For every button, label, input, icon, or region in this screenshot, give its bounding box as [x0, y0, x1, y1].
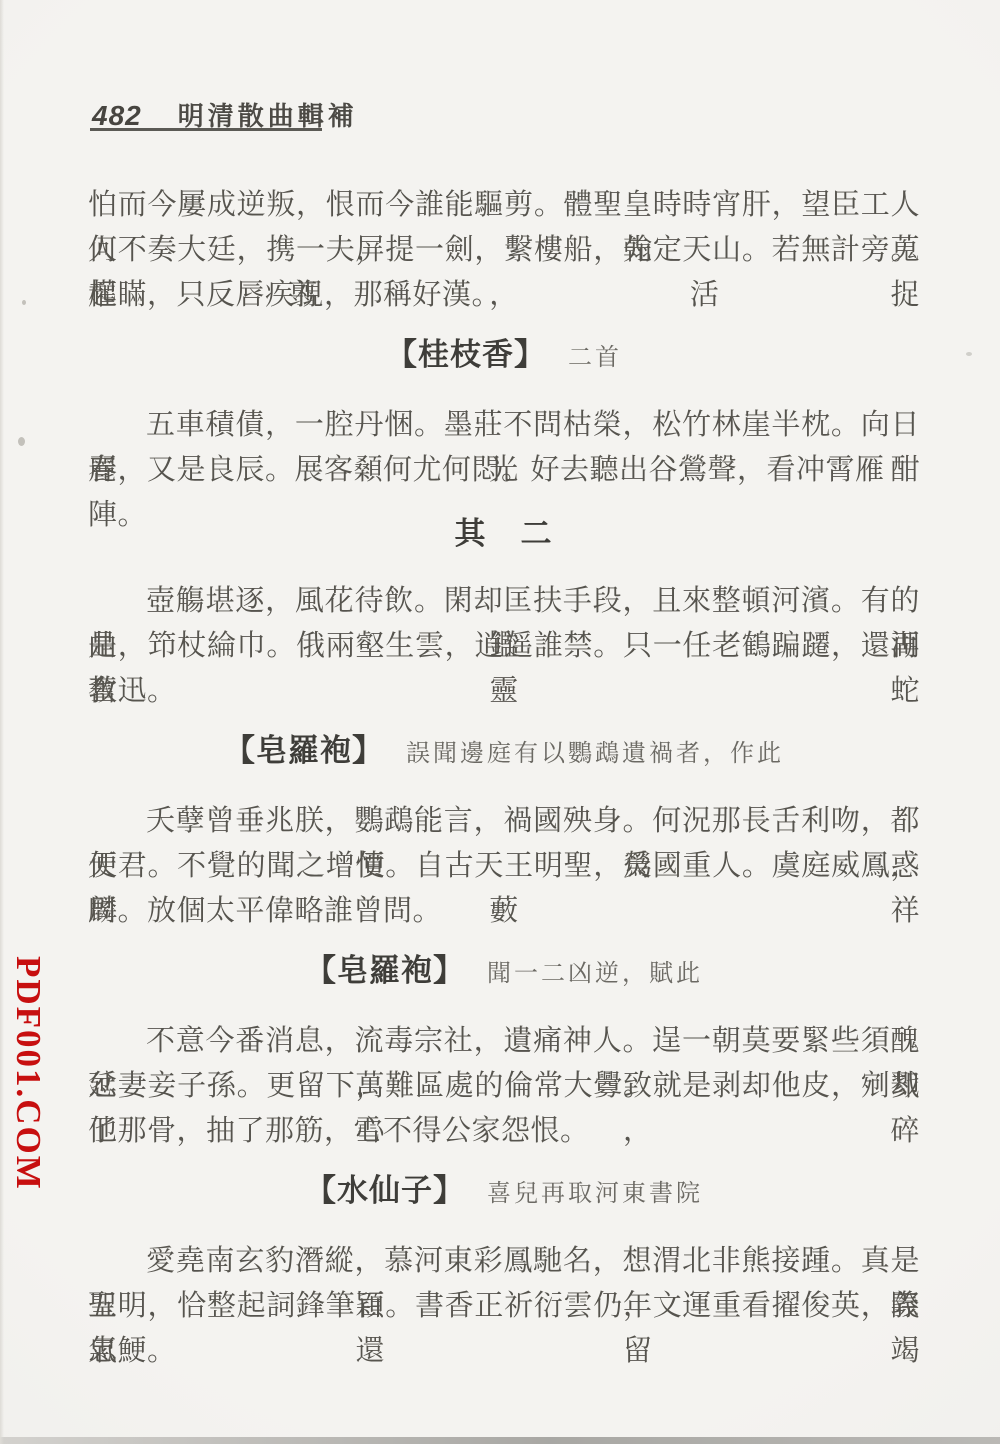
text-line: 愛堯南玄豹潛縱，慕河東彩鳳馳名，想渭北非熊接踵。真是五百年際	[88, 1239, 920, 1284]
tune-note: 二首	[568, 337, 622, 379]
paragraph: 不意今番消息，流毒宗社，遺痛神人。逞一朝莫要緊些須醜忿，致戮延妻妾子孫。更留下萬…	[88, 1019, 920, 1154]
content: 怕而今屢成逆叛，恨而今誰能驅剪。體聖皇時時宵肝，望臣工人人屏翰。何不奏大廷，携一…	[88, 183, 920, 1374]
text-line: 夭孽曾垂兆朕，鸚鵡能言，禍國殃身。何況那長舌利吻，都便便熒惑	[88, 799, 920, 844]
scan-speck	[18, 437, 25, 446]
tune-title: 【皂羅袍】	[224, 730, 384, 772]
tune-heading: 【皂羅袍】誤聞邊庭有以鸚鵡遺禍者，作此	[88, 730, 920, 775]
paragraph: 五車積債，一腔丹悃。墨莊不問枯榮，松竹林崖半枕。向日春光酣麗，又是良辰。展客顙何…	[88, 403, 920, 493]
text-line: 聖明，恰整起詞鋒筆穎。書香正祈衍雲仍，文運重看擢俊英，義氣還留竭	[88, 1284, 920, 1329]
text-line: 不意今番消息，流毒宗社，遺痛神人。逞一朝莫要緊些須醜忿，致戮	[88, 1019, 920, 1064]
paragraph: 壺觴堪逐，風花待飲。閑却匡扶手段，且來整頓河濱。有的是鑑湖曲，笻杖綸巾。俄兩壑生…	[88, 579, 920, 714]
scan-speck	[966, 352, 972, 356]
scan-edge-bottom	[0, 1437, 1000, 1444]
tune-heading: 【桂枝香】二首	[88, 334, 920, 379]
header-rule	[90, 128, 322, 131]
text-line: 何不奏大廷，携一夫，提一劍，繫樓船，先定天山。若無計旁蒐起翦，活捉	[88, 228, 920, 273]
tune-heading: 【皂羅袍】聞一二凶逆，賦此	[88, 950, 920, 995]
tune-heading: 【水仙子】喜兒再取河東書院	[88, 1170, 920, 1215]
scan-speck	[22, 300, 26, 305]
scanned-book-page: 482明清散曲輯補 怕而今屢成逆叛，恨而今誰能驅剪。體聖皇時時宵肝，望臣工人人屏…	[0, 0, 1000, 1444]
book-title: 明清散曲輯補	[178, 101, 358, 131]
text-line: 麗，又是良辰。展客顙何尤何悶。好去聽出谷鶯聲，看冲霄雁陣。	[88, 448, 920, 493]
tune-note: 誤聞邊庭有以鸚鵡遺禍者，作此	[406, 733, 784, 775]
text-line: 怕而今屢成逆叛，恨而今誰能驅剪。體聖皇時時宵肝，望臣工人人屏翰。	[88, 183, 920, 228]
text-line: 曲，笻杖綸巾。俄兩壑生雲，逍遥誰禁。只一任老鶴蹁躚，還再教靈蛇	[88, 624, 920, 669]
paragraph: 夭孽曾垂兆朕，鸚鵡能言，禍國殃身。何況那長舌利吻，都便便熒惑天君。不覺的聞之增憤…	[88, 799, 920, 934]
paragraph: 愛堯南玄豹潛縱，慕河東彩鳳馳名，想渭北非熊接踵。真是五百年際聖明，恰整起詞鋒筆穎…	[88, 1239, 920, 1374]
scan-edge-left	[0, 0, 4, 1444]
section-subheading: 其 二	[88, 513, 920, 555]
tune-title: 【水仙子】	[305, 1170, 465, 1212]
paragraph: 怕而今屢成逆叛，恨而今誰能驅剪。體聖皇時時宵肝，望臣工人人屏翰。何不奏大廷，携一…	[88, 183, 920, 318]
page-number: 482	[92, 100, 142, 131]
tune-note: 喜兒再取河東書院	[487, 1173, 703, 1215]
text-line: 壺觴堪逐，風花待飲。閑却匡扶手段，且來整頓河濱。有的是鑑湖	[88, 579, 920, 624]
text-line: 延妻妾子孫。更留下萬難區處的倫常大釁。就是剥却他皮，剜却他心，碎	[88, 1064, 920, 1109]
tune-title: 【桂枝香】	[386, 334, 546, 376]
text-line: 五車積債，一腔丹悃。墨莊不問枯榮，松竹林崖半枕。向日春光酣	[88, 403, 920, 448]
watermark: PDF001.COM	[8, 956, 48, 1191]
text-line: 天君。不覺的聞之增憤。自古天王明聖，爲國重人。虞庭威鳳，周藪祥	[88, 844, 920, 889]
tune-note: 聞一二凶逆，賦此	[487, 953, 703, 995]
tune-title: 【皂羅袍】	[305, 950, 465, 992]
